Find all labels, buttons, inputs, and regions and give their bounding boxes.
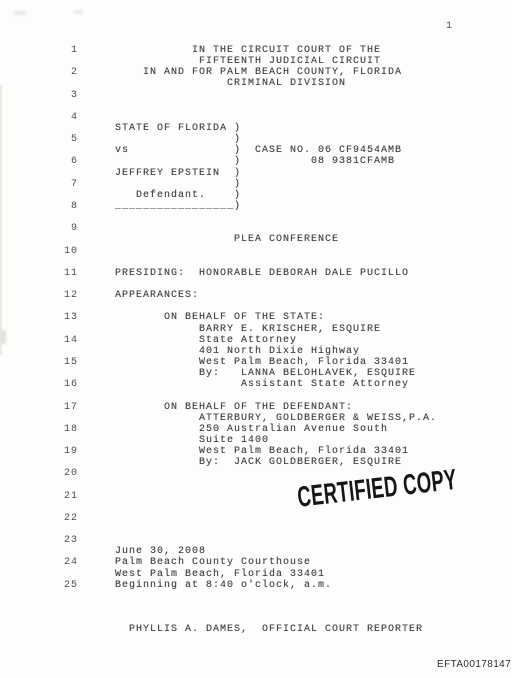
line-text: CRIMINAL DIVISION — [115, 78, 346, 89]
transcript-row — [0, 613, 512, 624]
line-text: West Palm Beach, Florida 33401 — [115, 446, 409, 457]
transcript-row — [0, 301, 512, 312]
transcript-row: By: LANNA BELOHLAVEK, ESQUIRE — [0, 368, 512, 379]
line-number: 11 — [40, 268, 78, 279]
line-text: JEFFREY EPSTEIN ) — [115, 168, 241, 179]
line-number: 12 — [40, 290, 78, 301]
transcript-row: 17 ON BEHALF OF THE DEFENDANT: — [0, 402, 512, 413]
transcript-row: CRIMINAL DIVISION — [0, 78, 512, 89]
line-text: ON BEHALF OF THE STATE: — [115, 312, 325, 323]
transcript-rows: 1 IN THE CIRCUIT COURT OF THE FIFTEENTH … — [0, 45, 512, 635]
line-number: 16 — [40, 379, 78, 390]
line-number: 14 — [40, 335, 78, 346]
transcript-row: 2 IN AND FOR PALM BEACH COUNTY, FLORIDA — [0, 67, 512, 78]
scan-artifact-smudge — [14, 11, 26, 15]
transcript-row: 24Palm Beach County Courthouse — [0, 557, 512, 568]
line-text: IN THE CIRCUIT COURT OF THE — [115, 45, 381, 56]
transcript-row: 15 West Palm Beach, Florida 33401 — [0, 357, 512, 368]
line-number: 20 — [40, 468, 78, 479]
transcript-page: 1 1 IN THE CIRCUIT COURT OF THE FIFTEENT… — [0, 0, 512, 678]
transcript-row: 11PRESIDING: HONORABLE DEBORAH DALE PUCI… — [0, 268, 512, 279]
line-text: APPEARANCES: — [115, 290, 199, 301]
transcript-row: BARRY E. KRISCHER, ESQUIRE — [0, 324, 512, 335]
line-text: By: LANNA BELOHLAVEK, ESQUIRE — [115, 368, 416, 379]
transcript-row: 23 — [0, 535, 512, 546]
line-text: PRESIDING: HONORABLE DEBORAH DALE PUCILL… — [115, 268, 409, 279]
scan-artifact-smudge — [74, 10, 83, 14]
line-text: Beginning at 8:40 o'clock, a.m. — [115, 580, 332, 591]
line-text: _________________) — [115, 201, 241, 212]
transcript-row: 18 250 Australian Avenue South — [0, 424, 512, 435]
line-number: 22 — [40, 513, 78, 524]
transcript-row — [0, 602, 512, 613]
line-text: ON BEHALF OF THE DEFENDANT: — [115, 402, 353, 413]
transcript-row: STATE OF FLORIDA ) — [0, 123, 512, 134]
transcript-row: JEFFREY EPSTEIN ) — [0, 168, 512, 179]
transcript-row — [0, 390, 512, 401]
transcript-row — [0, 212, 512, 223]
transcript-row: 7 ) — [0, 179, 512, 190]
line-number: 13 — [40, 312, 78, 323]
transcript-row — [0, 279, 512, 290]
transcript-row — [0, 591, 512, 602]
line-number: 19 — [40, 446, 78, 457]
line-text: ) — [115, 179, 241, 190]
transcript-row: 10 — [0, 246, 512, 257]
transcript-row: 3 — [0, 90, 512, 101]
line-text: IN AND FOR PALM BEACH COUNTY, FLORIDA — [115, 67, 402, 78]
transcript-row: 13 ON BEHALF OF THE STATE: — [0, 312, 512, 323]
line-number: 7 — [40, 179, 78, 190]
line-text: vs ) CASE NO. 06 CF9454AMB — [115, 145, 402, 156]
transcript-row: 9 — [0, 223, 512, 234]
transcript-row: 12APPEARANCES: — [0, 290, 512, 301]
line-number: 8 — [40, 201, 78, 212]
line-text: FIFTEENTH JUDICIAL CIRCUIT — [115, 56, 381, 67]
transcript-row — [0, 524, 512, 535]
transcript-row: FIFTEENTH JUDICIAL CIRCUIT — [0, 56, 512, 67]
transcript-row: 16 Assistant State Attorney — [0, 379, 512, 390]
transcript-row: 5 ) — [0, 134, 512, 145]
line-number: 15 — [40, 357, 78, 368]
transcript-row: June 30, 2008 — [0, 546, 512, 557]
line-text: West Palm Beach, Florida 33401 — [115, 569, 325, 580]
transcript-row: 25Beginning at 8:40 o'clock, a.m. — [0, 580, 512, 591]
transcript-row: 6 ) 08 9381CFAMB — [0, 156, 512, 167]
transcript-row: Defendant. ) — [0, 190, 512, 201]
line-text: June 30, 2008 — [115, 546, 206, 557]
transcript-row: 14 State Attorney — [0, 335, 512, 346]
bates-number: EFTA00178147 — [437, 659, 511, 670]
line-number: 24 — [40, 557, 78, 568]
line-number: 5 — [40, 134, 78, 145]
line-text: PLEA CONFERENCE — [115, 234, 339, 245]
line-text: PHYLLIS A. DAMES, OFFICIAL COURT REPORTE… — [115, 624, 423, 635]
page-number: 1 — [446, 21, 453, 32]
line-number: 1 — [40, 45, 78, 56]
line-number: 2 — [40, 67, 78, 78]
line-number: 9 — [40, 223, 78, 234]
transcript-body: 1 IN THE CIRCUIT COURT OF THE FIFTEENTH … — [0, 45, 512, 635]
line-text: ATTERBURY, GOLDBERGER & WEISS,P.A. — [115, 413, 437, 424]
line-number: 10 — [40, 246, 78, 257]
transcript-row: 22 — [0, 513, 512, 524]
transcript-row: PLEA CONFERENCE — [0, 234, 512, 245]
line-number: 23 — [40, 535, 78, 546]
transcript-row — [0, 257, 512, 268]
line-text: 250 Australian Avenue South — [115, 424, 388, 435]
transcript-row: 401 North Dixie Highway — [0, 346, 512, 357]
line-text: Palm Beach County Courthouse — [115, 557, 311, 568]
line-number: 18 — [40, 424, 78, 435]
line-number: 25 — [40, 580, 78, 591]
line-number: 21 — [40, 491, 78, 502]
line-number: 3 — [40, 90, 78, 101]
transcript-row: West Palm Beach, Florida 33401 — [0, 569, 512, 580]
transcript-row — [0, 101, 512, 112]
line-text: STATE OF FLORIDA ) — [115, 123, 241, 134]
transcript-row: vs ) CASE NO. 06 CF9454AMB — [0, 145, 512, 156]
transcript-row: 8_________________) — [0, 201, 512, 212]
transcript-row: 1 IN THE CIRCUIT COURT OF THE — [0, 45, 512, 56]
line-text: Assistant State Attorney — [115, 379, 409, 390]
line-number: 17 — [40, 402, 78, 413]
line-text: By: JACK GOLDBERGER, ESQUIRE — [115, 457, 402, 468]
line-text: ) 08 9381CFAMB — [115, 156, 395, 167]
transcript-row: 19 West Palm Beach, Florida 33401 — [0, 446, 512, 457]
line-number: 6 — [40, 156, 78, 167]
line-text: State Attorney — [115, 335, 297, 346]
line-text: Suite 1400 — [115, 435, 269, 446]
line-text: BARRY E. KRISCHER, ESQUIRE — [115, 324, 381, 335]
transcript-row — [0, 502, 512, 513]
transcript-row: ATTERBURY, GOLDBERGER & WEISS,P.A. — [0, 413, 512, 424]
line-text: Defendant. ) — [115, 190, 241, 201]
line-text: ) — [115, 134, 241, 145]
transcript-row: Suite 1400 — [0, 435, 512, 446]
line-text: 401 North Dixie Highway — [115, 346, 360, 357]
line-text: West Palm Beach, Florida 33401 — [115, 357, 409, 368]
line-number: 4 — [40, 112, 78, 123]
transcript-row: 4 — [0, 112, 512, 123]
transcript-row: PHYLLIS A. DAMES, OFFICIAL COURT REPORTE… — [0, 624, 512, 635]
